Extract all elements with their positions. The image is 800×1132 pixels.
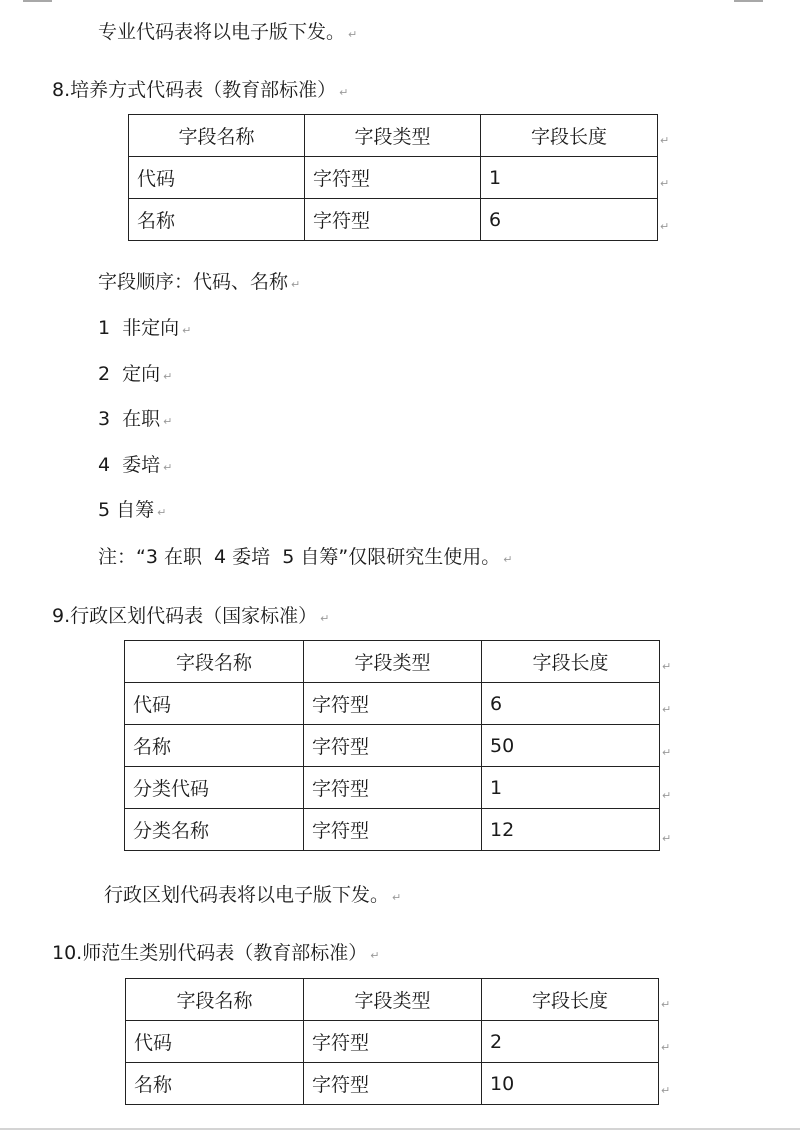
- margin-corner-mark-right: [734, 0, 763, 2]
- row-end-mark-icon: ↵: [662, 660, 671, 673]
- section-heading-9: 9.行政区划代码表（国家标准）↵: [52, 604, 329, 631]
- table-cell: 6: [482, 683, 660, 725]
- code-item: 3 在职↵: [98, 407, 172, 434]
- table-cell: 字符型: [304, 725, 482, 767]
- paragraph-mark-icon: ↵: [339, 86, 348, 99]
- table-cell: 1: [482, 767, 660, 809]
- table-header-row: 字段名称 字段类型 字段长度: [129, 115, 658, 157]
- table-cell: 分类代码: [125, 767, 304, 809]
- paragraph-mark-icon: ↵: [348, 28, 357, 41]
- row-end-mark-icon: ↵: [662, 832, 671, 845]
- header-cell: 字段类型: [304, 979, 482, 1021]
- table-row: 代码 字符型 2: [126, 1021, 659, 1063]
- table-cell: 6: [481, 199, 658, 241]
- table-cell: 1: [481, 157, 658, 199]
- table-row: 代码 字符型 6: [125, 683, 660, 725]
- table-header-row: 字段名称 字段类型 字段长度: [125, 641, 660, 683]
- admin-division-code-table: 字段名称 字段类型 字段长度 代码 字符型 6 名称 字符型 50 分类代码 字…: [124, 640, 660, 851]
- table-cell: 代码: [125, 683, 304, 725]
- paragraph-mark-icon: ↵: [163, 370, 172, 383]
- paragraph-mark-icon: ↵: [503, 553, 512, 566]
- header-cell: 字段长度: [482, 979, 659, 1021]
- table-cell: 字符型: [304, 1021, 482, 1063]
- row-end-mark-icon: ↵: [660, 220, 669, 233]
- paragraph-mark-icon: ↵: [182, 324, 191, 337]
- header-cell: 字段名称: [129, 115, 305, 157]
- paragraph-mark-icon: ↵: [370, 949, 379, 962]
- field-order: 字段顺序：代码、名称↵: [98, 270, 300, 297]
- normal-student-category-code-table: 字段名称 字段类型 字段长度 代码 字符型 2 名称 字符型 10: [125, 978, 659, 1105]
- paragraph-mark-icon: ↵: [157, 506, 166, 519]
- header-cell: 字段类型: [305, 115, 481, 157]
- table-cell: 2: [482, 1021, 659, 1063]
- table-cell: 名称: [126, 1063, 304, 1105]
- code-item: 5 自筹↵: [98, 498, 166, 525]
- row-end-mark-icon: ↵: [661, 1084, 670, 1097]
- paragraph-mark-icon: ↵: [163, 415, 172, 428]
- paragraph-mark-icon: ↵: [163, 461, 172, 474]
- table-cell: 字符型: [304, 809, 482, 851]
- paragraph-mark-icon: ↵: [291, 278, 300, 291]
- table-cell: 50: [482, 725, 660, 767]
- table-cell: 字符型: [304, 767, 482, 809]
- section-heading-8: 8.培养方式代码表（教育部标准）↵: [52, 78, 348, 105]
- row-end-mark-icon: ↵: [660, 177, 669, 190]
- code-item: 4 委培↵: [98, 453, 172, 480]
- table-cell: 字符型: [305, 157, 481, 199]
- header-cell: 字段名称: [125, 641, 304, 683]
- table-cell: 字符型: [304, 683, 482, 725]
- code-item: 2 定向↵: [98, 362, 172, 389]
- row-end-mark-icon: ↵: [661, 1041, 670, 1054]
- code-item: 1 非定向↵: [98, 316, 191, 343]
- row-end-mark-icon: ↵: [661, 998, 670, 1011]
- row-end-mark-icon: ↵: [662, 746, 671, 759]
- table-cell: 字符型: [305, 199, 481, 241]
- section-heading-10: 10.师范生类别代码表（教育部标准）↵: [52, 941, 379, 968]
- table-cell: 分类名称: [125, 809, 304, 851]
- table-row: 代码 字符型 1: [129, 157, 658, 199]
- table-cell: 12: [482, 809, 660, 851]
- paragraph-mark-icon: ↵: [392, 891, 401, 904]
- header-cell: 字段长度: [481, 115, 658, 157]
- margin-corner-mark-left: [23, 0, 52, 2]
- table-row: 分类名称 字符型 12: [125, 809, 660, 851]
- paragraph-mark-icon: ↵: [320, 612, 329, 625]
- row-end-mark-icon: ↵: [662, 703, 671, 716]
- table-row: 名称 字符型 6: [129, 199, 658, 241]
- row-end-mark-icon: ↵: [660, 134, 669, 147]
- intro-note: 专业代码表将以电子版下发。↵: [98, 20, 357, 47]
- table-cell: 代码: [129, 157, 305, 199]
- usage-note: 注：“3 在职 4 委培 5 自筹”仅限研究生使用。↵: [98, 545, 512, 572]
- table-cell: 字符型: [304, 1063, 482, 1105]
- header-cell: 字段长度: [482, 641, 660, 683]
- header-cell: 字段名称: [126, 979, 304, 1021]
- admin-division-note: 行政区划代码表将以电子版下发。↵: [104, 883, 401, 910]
- table-cell: 代码: [126, 1021, 304, 1063]
- table-cell: 名称: [129, 199, 305, 241]
- table-cell: 名称: [125, 725, 304, 767]
- page-bottom-edge: [0, 1128, 800, 1130]
- header-cell: 字段类型: [304, 641, 482, 683]
- row-end-mark-icon: ↵: [662, 789, 671, 802]
- training-mode-code-table: 字段名称 字段类型 字段长度 代码 字符型 1 名称 字符型 6: [128, 114, 658, 241]
- table-cell: 10: [482, 1063, 659, 1105]
- table-header-row: 字段名称 字段类型 字段长度: [126, 979, 659, 1021]
- table-row: 名称 字符型 50: [125, 725, 660, 767]
- table-row: 分类代码 字符型 1: [125, 767, 660, 809]
- table-row: 名称 字符型 10: [126, 1063, 659, 1105]
